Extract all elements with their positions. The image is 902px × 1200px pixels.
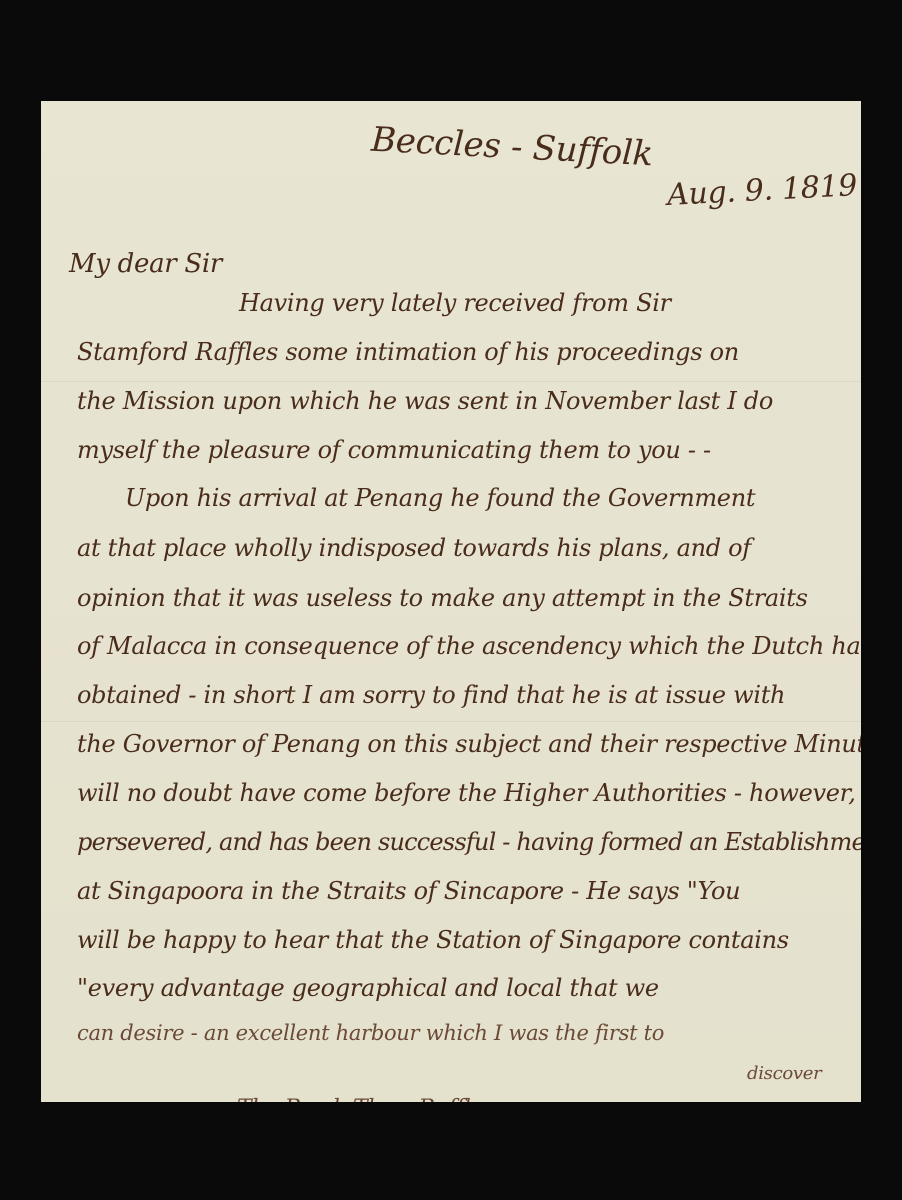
paper-fold xyxy=(41,381,861,382)
letter-place: Beccles - Suffolk xyxy=(370,120,654,175)
letter-line: persevered, and has been successful - ha… xyxy=(77,828,861,856)
letter-line: of Malacca in consequence of the ascende… xyxy=(77,632,861,660)
letter-line: will no doubt have come before the Highe… xyxy=(77,779,861,807)
letter-line: can desire - an excellent harbour which … xyxy=(77,1021,664,1045)
letter-line: Having very lately received from Sir xyxy=(239,289,671,317)
letter-line: obtained - in short I am sorry to find t… xyxy=(77,681,785,709)
letter-line: Stamford Raffles some intimation of his … xyxy=(77,338,739,366)
letter-date: Aug. 9. 1819 xyxy=(666,168,858,213)
letter-line: the Governor of Penang on this subject a… xyxy=(77,730,861,758)
page-background: Beccles - Suffolk Aug. 9. 1819 My dear S… xyxy=(0,0,902,1200)
letter-line: the Mission upon which he was sent in No… xyxy=(77,387,773,415)
letter-line: at that place wholly indisposed towards … xyxy=(77,534,751,562)
letter-addressee: The Revd. Thos. Raffles - xyxy=(237,1096,508,1102)
letter-line: at Singapoora in the Straits of Sincapor… xyxy=(77,877,740,905)
letter-line: myself the pleasure of communicating the… xyxy=(77,436,711,464)
letter-line: opinion that it was useless to make any … xyxy=(77,584,808,612)
letter-line: "every advantage geographical and local … xyxy=(77,974,659,1002)
letter-salutation: My dear Sir xyxy=(69,249,222,279)
letter-catchword: discover xyxy=(747,1063,821,1084)
letter-line: will be happy to hear that the Station o… xyxy=(77,926,789,954)
letter-line: Upon his arrival at Penang he found the … xyxy=(125,484,755,512)
letter-paper: Beccles - Suffolk Aug. 9. 1819 My dear S… xyxy=(41,101,861,1102)
paper-fold xyxy=(41,721,861,722)
